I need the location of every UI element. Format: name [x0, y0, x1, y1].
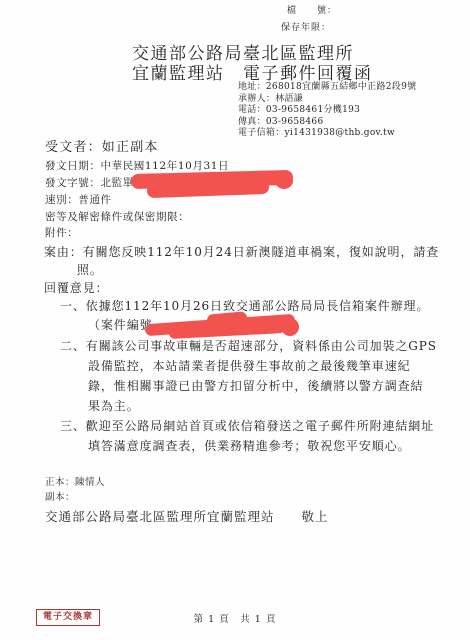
reply-opinions-header: 回覆意見： — [44, 279, 109, 296]
reply-item-3-line-1: 三、歡迎至公路局網站首頁或依信箱發送之電子郵件所附連結網址 — [60, 417, 434, 434]
reply-item-2-line-1: 二、有關該公司事故車輛是否超速部分，資料係由公司加裝之GPS — [60, 337, 437, 354]
document-title: 宜蘭監理站 電子郵件回覆函 — [132, 59, 373, 84]
reply-item-3-line-2: 填答滿意度調查表，供業務精進參考；敬祝您平安順心。 — [88, 437, 411, 454]
page-number: 第 1 頁 共 1 頁 — [0, 611, 470, 625]
contact-email: 電子信箱：yi1431938@thb.gov.tw — [238, 128, 416, 140]
original-recipient-line: 正本：陳情人 — [45, 474, 105, 488]
contact-person: 承辦人：林語謙 — [238, 94, 416, 106]
retention-period-label: 保存年限： — [281, 20, 331, 33]
reply-item-2-line-2: 設備監控，本站請業者提供發生事故前之最後幾筆車速紀 — [88, 357, 411, 374]
contact-block: 地址：268018宜蘭縣五結鄉中正路2段9號 承辦人：林語謙 電話：03-965… — [238, 82, 416, 140]
secrecy-line: 密等及解密條件或保密期限： — [45, 209, 189, 224]
file-number-label: 檔 號： — [287, 3, 337, 16]
speed-class-line: 速別：普通件 — [45, 192, 112, 207]
subject-line-2: 照。 — [77, 261, 103, 278]
copy-recipient-line: 副本： — [45, 489, 75, 503]
reply-item-2-line-4: 果為主。 — [88, 397, 140, 414]
redaction-mark-doc-number — [127, 169, 297, 201]
reply-item-2-line-3: 錄，惟相關事證已由警方扣留分析中，後續將以警方調查結 — [88, 377, 423, 394]
attachment-line: 附件： — [45, 225, 78, 240]
contact-address: 地址：268018宜蘭縣五結鄉中正路2段9號 — [238, 82, 416, 94]
recipient-line: 受文者：如正副本 — [45, 136, 159, 155]
signoff-line: 交通部公路局臺北區監理所宜蘭監理站 敬上 — [45, 507, 329, 525]
contact-fax: 傳真：03-9658466 — [238, 117, 416, 129]
contact-phone: 電話：03-9658461分機193 — [238, 105, 416, 117]
document-page: 檔 號： 保存年限： 交通部公路局臺北區監理所 宜蘭監理站 電子郵件回覆函 地址… — [0, 0, 470, 640]
subject-line-1: 案由：有關您反映112年10月24日新澳隧道車禍案，復如說明，請查 — [44, 243, 439, 260]
